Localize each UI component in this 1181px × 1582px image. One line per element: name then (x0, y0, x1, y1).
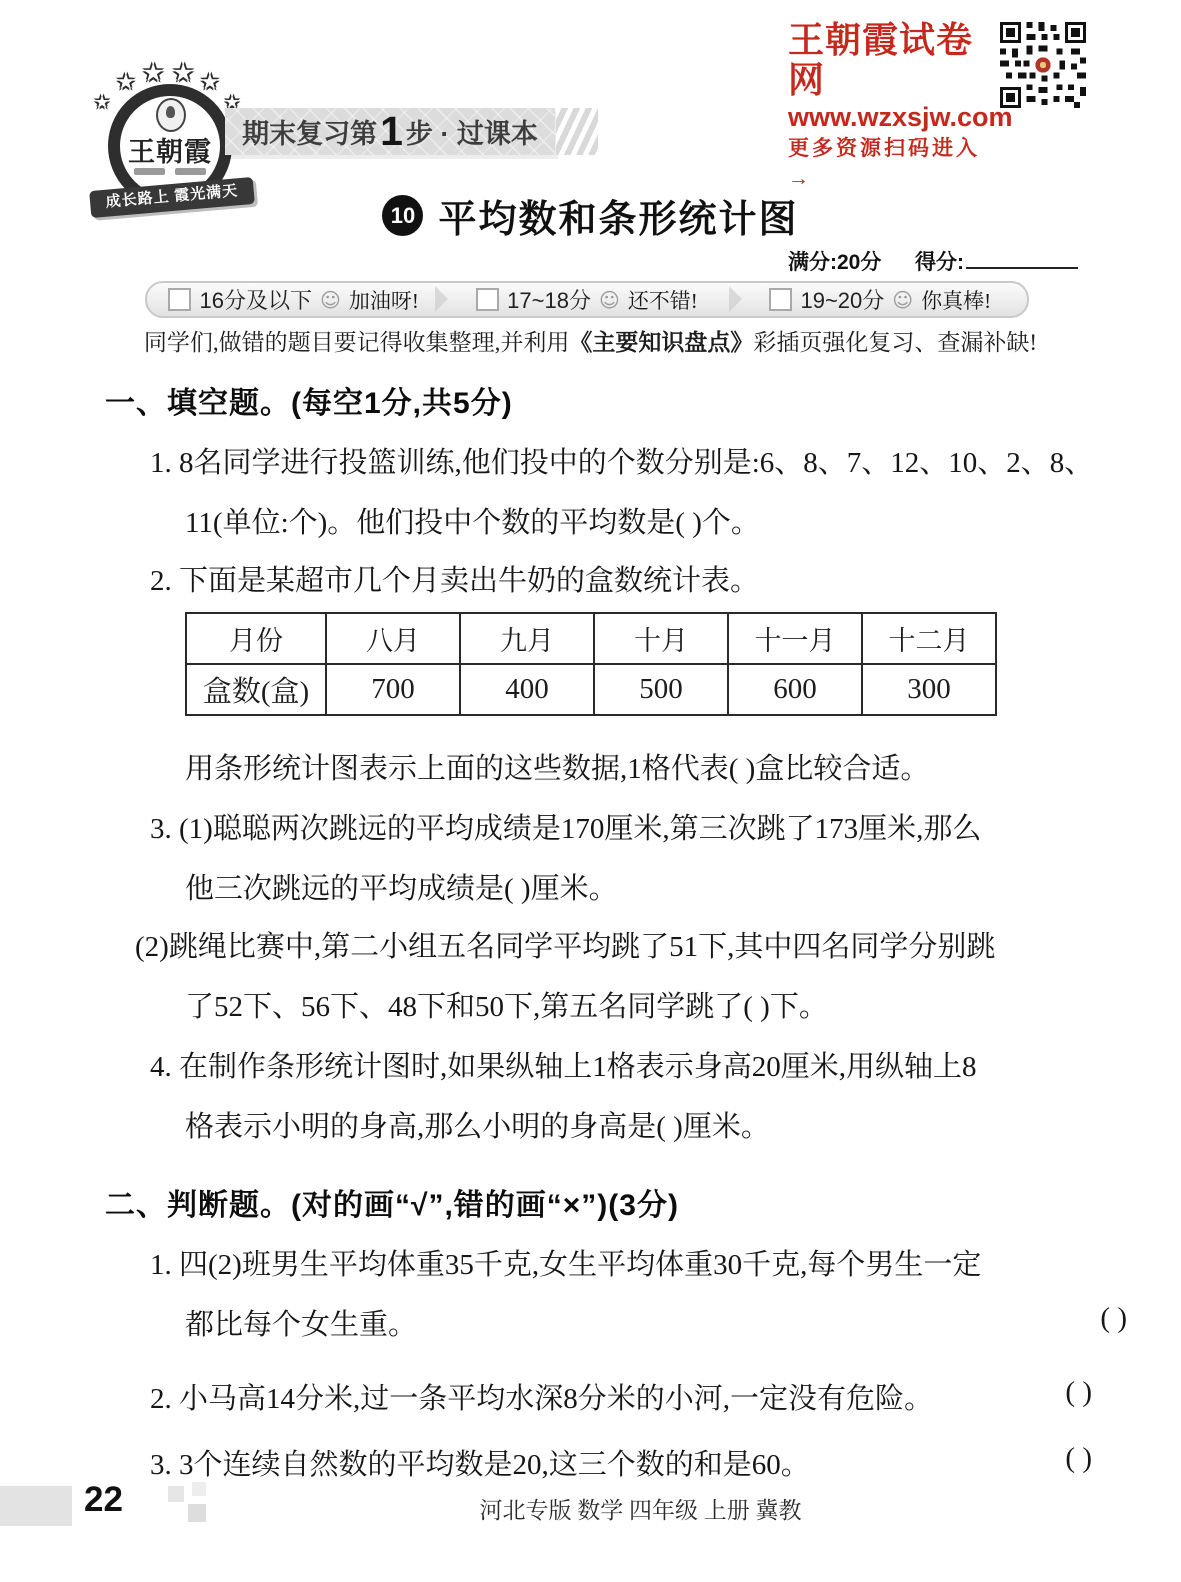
table-cell: 500 (594, 664, 728, 715)
fill-q3a-line1: 3. (1)聪聪两次跳远的平均成绩是170厘米,第三次跳了173厘米,那么 (105, 806, 1127, 847)
table-header: 十月 (594, 613, 728, 664)
checkbox[interactable] (769, 288, 792, 311)
full-score-label: 满分:20分 (788, 251, 881, 274)
answer-bracket[interactable]: ( ) (1065, 1442, 1092, 1475)
lesson-title: 平均数和条形统计图 (438, 188, 798, 243)
fill-q3a-line2: 他三次跳远的平均成绩是( )厘米。 (105, 866, 1162, 907)
score-remark: 加油呀! (349, 285, 419, 315)
judge-q1-line1: 1. 四(2)班男生平均体重35千克,女生平均体重30千克,每个男生一定 (105, 1242, 1127, 1283)
answer-bracket[interactable]: ( ) (1065, 1376, 1092, 1409)
study-notice: 同学们,做错的题目要记得收集整理,并利用《主要知识盘点》彩插页强化复习、查漏补缺… (0, 324, 1181, 357)
score-range-label: 19~20分 (800, 284, 884, 315)
section-2-heading: 二、判断题。(对的画“√”,错的画“×”)(3分) (105, 1180, 1082, 1224)
site-url: www.wzxsjw.com (788, 100, 993, 134)
judge-q1-line2: 都比每个女生重。 ( ) (105, 1302, 1162, 1343)
face-icon: ☺ (320, 288, 341, 312)
score-band-segment-high: 19~20分 ☺ 你真棒! (734, 283, 1027, 316)
notice-suffix: 彩插页强化复习、查漏补缺! (753, 330, 1037, 355)
score-label: 得分: (915, 251, 964, 274)
fill-q3b-line1: (2)跳绳比赛中,第二小组五名同学平均跳了51下,其中四名同学分别跳 (105, 924, 1112, 965)
face-icon: ☺ (892, 288, 913, 312)
star-icon: ★ (94, 92, 110, 113)
site-brand: 王朝霞试卷网 www.wzxsjw.com 更多资源扫码进入→ (788, 20, 993, 194)
score-band-segment-low: 16分及以下 ☺ 加油呀! (147, 283, 440, 316)
banner-step-number: 1 (380, 108, 403, 155)
fill-q4-line2: 格表示小明的身高,那么小明的身高是( )厘米。 (105, 1104, 1162, 1145)
fill-q2-intro: 2. 下面是某超市几个月卖出牛奶的盒数统计表。 (105, 558, 1127, 599)
fill-q3b-line2: 了52下、56下、48下和50下,第五名同学跳了( )下。 (105, 984, 1162, 1025)
table-data-row: 盒数(盒) 700 400 500 600 300 (186, 664, 996, 715)
judge-q2-text: 2. 小马高14分米,过一条平均水深8分米的小河,一定没有危险。 (150, 1383, 933, 1415)
page-title: 10 平均数和条形统计图 (0, 188, 1181, 243)
face-icon: ☺ (599, 288, 620, 312)
portrait-icon (156, 98, 186, 132)
table-header-row: 月份 八月 九月 十月 十一月 十二月 (186, 613, 996, 664)
notice-highlight: 《主要知识盘点》 (569, 330, 753, 355)
judge-q3-line: 3. 3个连续自然数的平均数是20,这三个数的和是60。 ( ) (105, 1442, 1127, 1483)
table-header: 八月 (326, 613, 460, 664)
footer-edition-info: 河北专版 数学 四年级 上册 冀教 (100, 1492, 1181, 1525)
table-header: 十二月 (862, 613, 996, 664)
judge-q3-text: 3. 3个连续自然数的平均数是20,这三个数的和是60。 (150, 1449, 810, 1481)
badge-small-marks (134, 168, 206, 175)
step-banner: 期末复习第 1 步 · 过课本 (225, 108, 555, 155)
fill-q1-line1: 1. 8名同学进行投篮训练,他们投中的个数分别是:6、8、7、12、10、2、8… (105, 440, 1127, 481)
table-cell: 700 (326, 664, 460, 715)
star-icon: ★ (172, 58, 194, 87)
badge-name: 王朝霞 (120, 130, 220, 169)
star-icon: ★ (142, 58, 164, 87)
table-cell: 600 (728, 664, 862, 715)
score-band: 16分及以下 ☺ 加油呀! 17~18分 ☺ 还不错! 19~20分 ☺ 你真棒… (145, 281, 1029, 318)
answer-bracket[interactable]: ( ) (1100, 1302, 1127, 1335)
score-header: 满分:20分 得分: (788, 246, 1078, 276)
milk-sales-table: 月份 八月 九月 十月 十一月 十二月 盒数(盒) 700 400 500 60… (185, 612, 997, 716)
judge-q1-text: 都比每个女生重。 (185, 1309, 417, 1341)
site-tagline: 更多资源扫码进入→ (788, 134, 993, 194)
score-range-label: 16分及以下 (199, 284, 311, 315)
banner-suffix: 步 · 过课本 (406, 112, 538, 151)
checkbox[interactable] (168, 288, 191, 311)
footer-accent-block (0, 1486, 72, 1526)
score-blank-line[interactable] (966, 249, 1078, 269)
fill-q4-line1: 4. 在制作条形统计图时,如果纵轴上1格表示身高20厘米,用纵轴上8 (105, 1044, 1127, 1085)
score-band-segment-mid: 17~18分 ☺ 还不错! (440, 283, 733, 316)
judge-q2-line: 2. 小马高14分米,过一条平均水深8分米的小河,一定没有危险。 ( ) (105, 1376, 1127, 1417)
table-cell: 400 (460, 664, 594, 715)
star-icon: ★ (116, 70, 136, 95)
section-1-heading: 一、填空题。(每空1分,共5分) (105, 378, 1082, 422)
notice-prefix: 同学们,做错的题目要记得收集整理,并利用 (144, 330, 570, 355)
banner-slashes-decoration (556, 108, 598, 155)
qr-code-icon (1000, 22, 1086, 108)
table-header: 月份 (186, 613, 326, 664)
row-label: 盒数(盒) (186, 664, 326, 715)
banner-prefix: 期末复习第 (242, 112, 377, 151)
fill-q1-line2: 11(单位:个)。他们投中个数的平均数是( )个。 (105, 500, 1162, 541)
table-header: 九月 (460, 613, 594, 664)
lesson-number-badge: 10 (382, 195, 423, 236)
fill-q2-followup: 用条形统计图表示上面的这些数据,1格代表( )盒比较合适。 (105, 746, 1162, 787)
table-header: 十一月 (728, 613, 862, 664)
score-remark: 还不错! (628, 285, 698, 315)
score-range-label: 17~18分 (507, 284, 591, 315)
table-cell: 300 (862, 664, 996, 715)
site-name: 王朝霞试卷网 (788, 20, 993, 100)
score-remark: 你真棒! (921, 285, 991, 315)
checkbox[interactable] (476, 288, 499, 311)
star-icon: ★ (200, 70, 220, 95)
